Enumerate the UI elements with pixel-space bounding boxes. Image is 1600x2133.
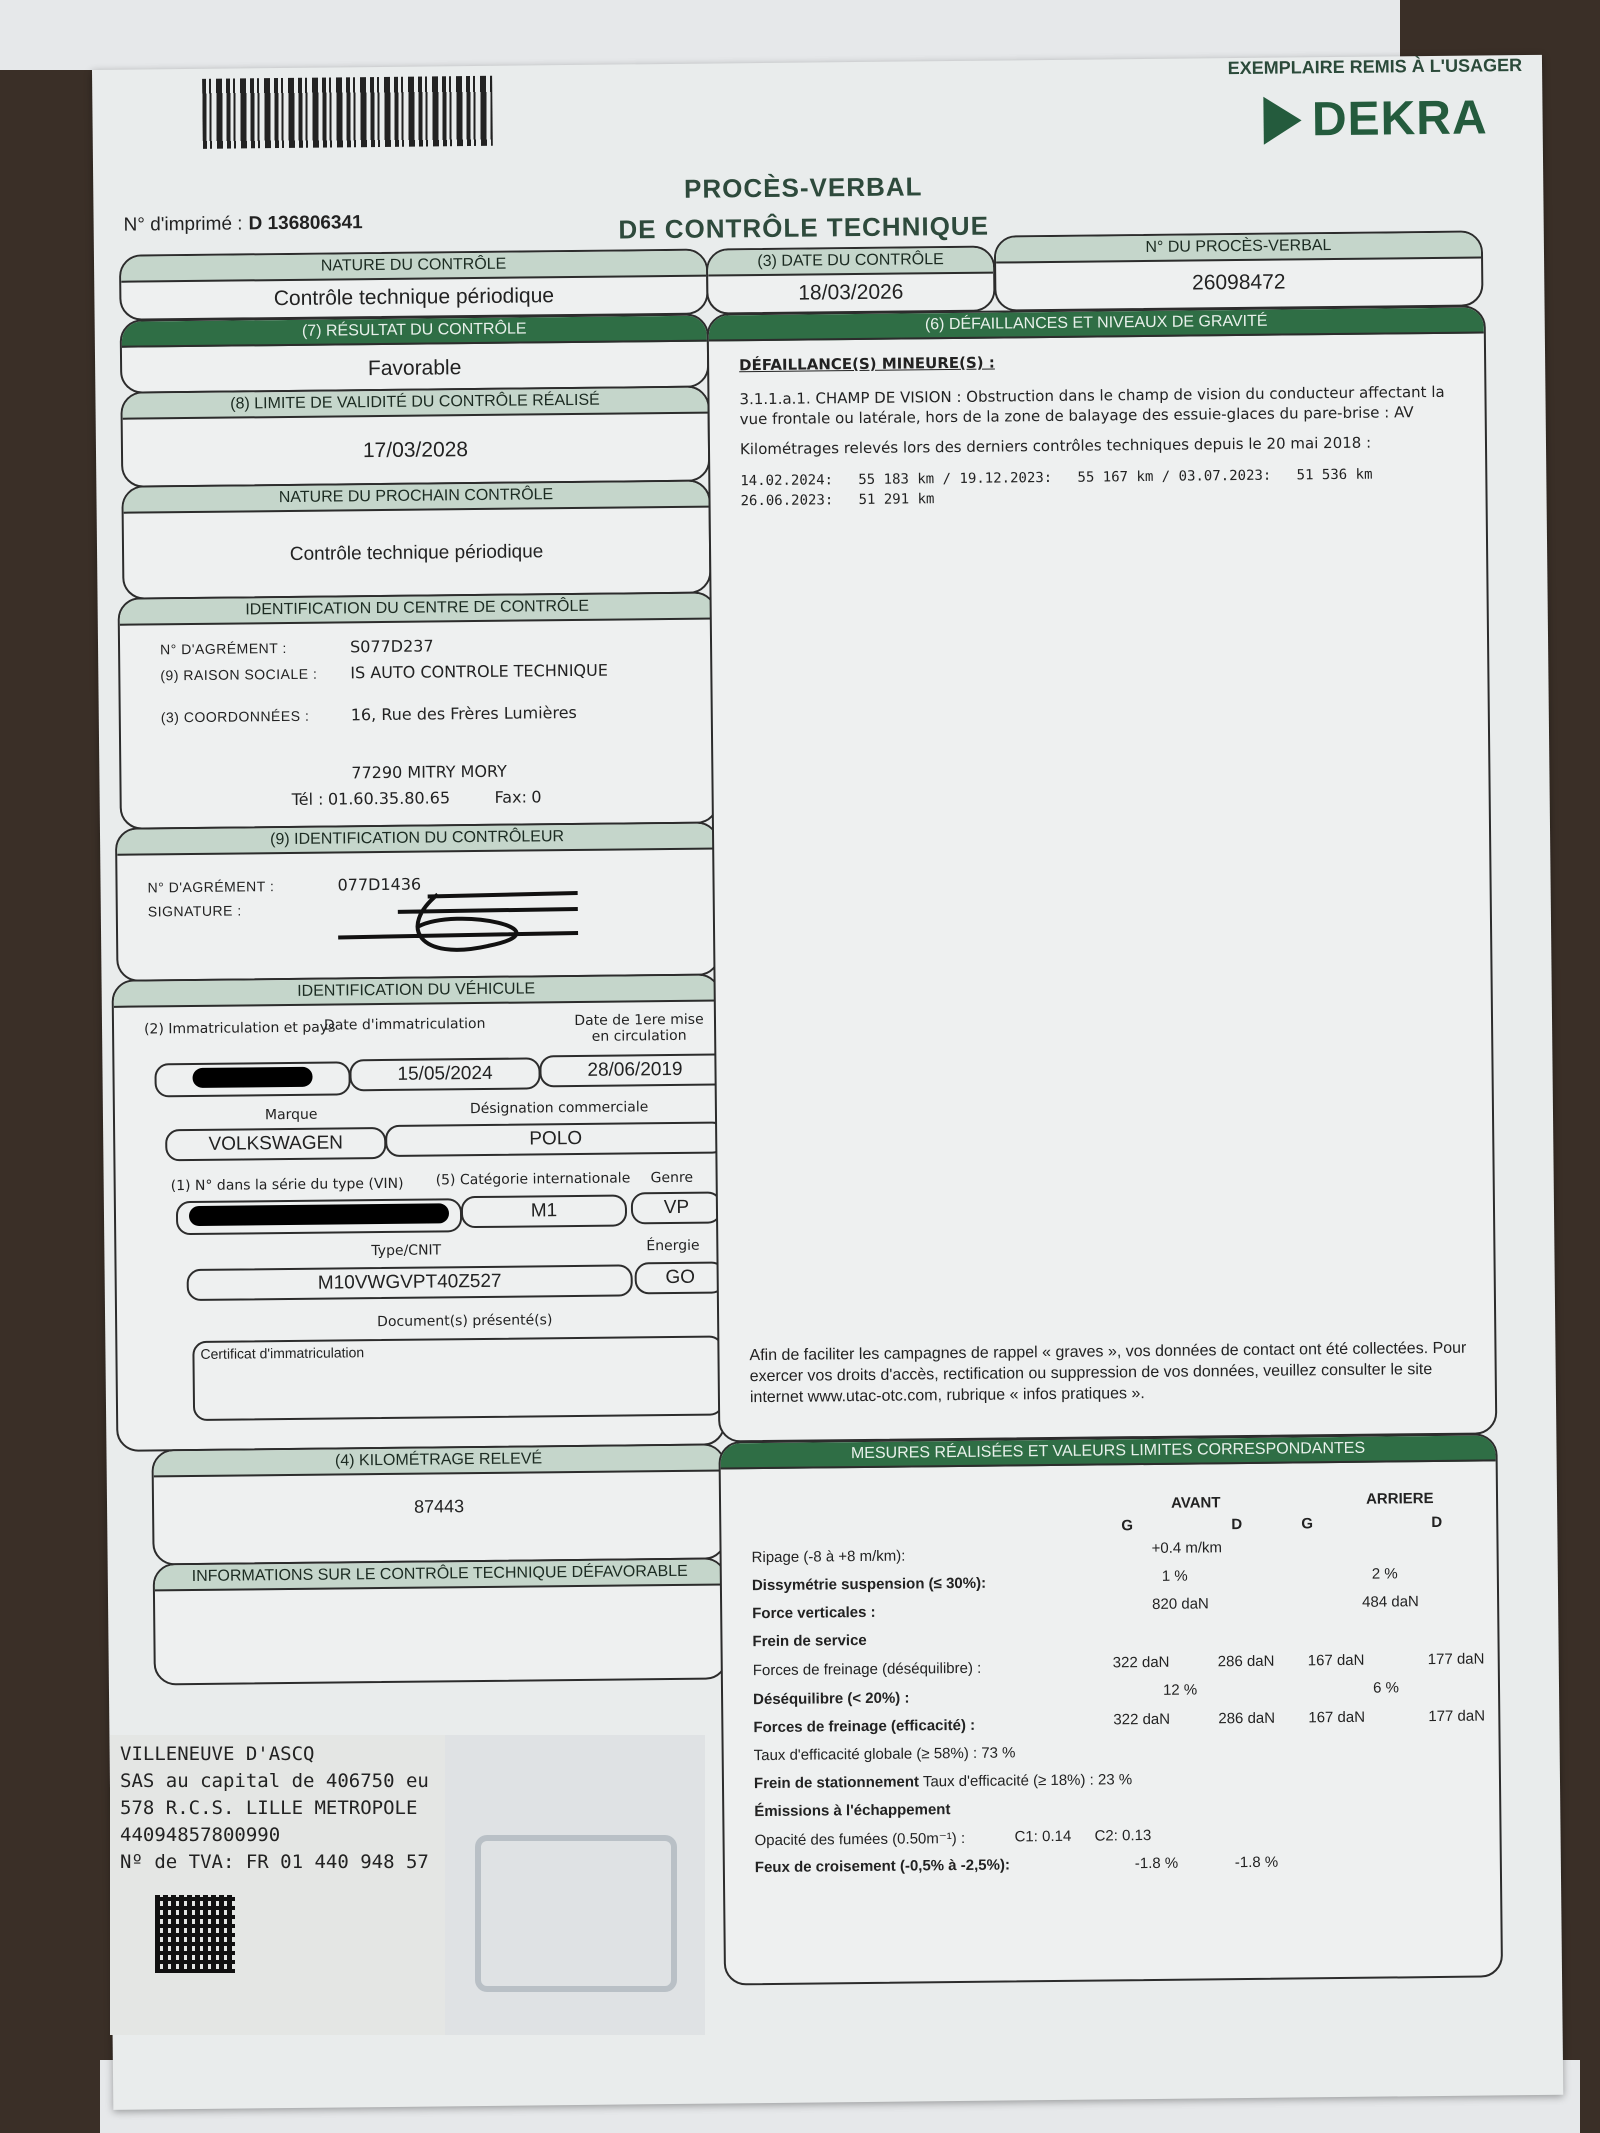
barcode bbox=[202, 76, 493, 149]
immatriculation-field bbox=[154, 1061, 350, 1097]
envelope-window bbox=[475, 1835, 677, 1992]
vehicule-box: IDENTIFICATION DU VÉHICULE (2) Immatricu… bbox=[112, 973, 726, 1451]
designation-field: POLO bbox=[385, 1121, 725, 1157]
mesures-box: MESURES RÉALISÉES ET VALEURS LIMITES COR… bbox=[718, 1433, 1503, 1985]
date-immat-field: 15/05/2024 bbox=[349, 1057, 540, 1091]
defaillances-box: (6) DÉFAILLANCES ET NIVEAUX DE GRAVITÉ D… bbox=[707, 305, 1498, 1442]
signature bbox=[338, 885, 599, 968]
date-circulation-field: 28/06/2019 bbox=[539, 1053, 725, 1087]
vin-field bbox=[176, 1198, 462, 1235]
rgpd-notice: Afin de faciliter les campagnes de rappe… bbox=[749, 1338, 1480, 1409]
nature-controle-box: NATURE DU CONTRÔLE Contrôle technique pé… bbox=[119, 249, 709, 321]
numero-imprime: N° d'imprimé :D 136806341 bbox=[124, 212, 363, 237]
prochain-controle-box: NATURE DU PROCHAIN CONTRÔLE Contrôle tec… bbox=[121, 480, 711, 600]
dekra-logo: DEKRA bbox=[1264, 90, 1488, 147]
limite-validite-box: (8) LIMITE DE VALIDITÉ DU CONTRÔLE RÉALI… bbox=[120, 386, 710, 488]
date-controle-box: (3) DATE DU CONTRÔLE 18/03/2026 bbox=[706, 246, 996, 315]
resultat-box: (7) RÉSULTAT DU CONTRÔLE Favorable bbox=[120, 314, 710, 394]
qr-code bbox=[155, 1895, 235, 1973]
categorie-field: M1 bbox=[461, 1194, 627, 1228]
energie-field: GO bbox=[635, 1261, 726, 1294]
exemplaire-label: EXEMPLAIRE REMIS À L'USAGER bbox=[1228, 55, 1523, 79]
kilometrage-box: (4) KILOMÉTRAGE RELEVÉ 87443 bbox=[151, 1443, 726, 1565]
defaillance-item: 3.1.1.a.1. CHAMP DE VISION : Obstruction… bbox=[739, 382, 1454, 429]
defavorable-box: INFORMATIONS SUR LE CONTRÔLE TECHNIQUE D… bbox=[153, 1557, 728, 1685]
envelope bbox=[445, 1735, 705, 2035]
document-title: PROCÈS-VERBAL DE CONTRÔLE TECHNIQUE bbox=[593, 165, 1014, 249]
type-cnit-field: M10VWGVPT40Z527 bbox=[187, 1264, 633, 1301]
numero-pv-box: N° DU PROCÈS-VERBAL 26098472 bbox=[994, 230, 1484, 311]
defaillances-mineures-title: DÉFAILLANCE(S) MINEURE(S) : bbox=[739, 348, 1454, 375]
centre-controle-box: IDENTIFICATION DU CENTRE DE CONTRÔLE N° … bbox=[118, 591, 719, 829]
dekra-logo-icon bbox=[1264, 96, 1303, 144]
documents-field: Certificat d'immatriculation bbox=[192, 1335, 724, 1421]
genre-field: VP bbox=[631, 1191, 722, 1224]
receipt: VILLENEUVE D'ASCQ SAS au capital de 4067… bbox=[110, 1735, 460, 2035]
controleur-box: (9) IDENTIFICATION DU CONTRÔLEUR N° D'AG… bbox=[115, 821, 721, 981]
marque-field: VOLKSWAGEN bbox=[165, 1127, 386, 1161]
